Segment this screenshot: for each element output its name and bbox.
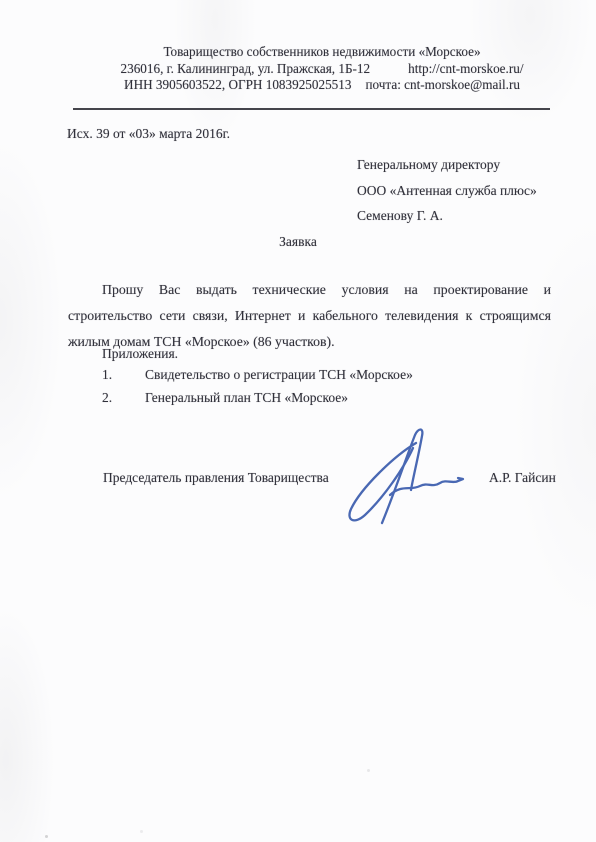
org-requisites-line: ИНН 3905603522, ОГРН 1083925025513почта:… bbox=[84, 77, 560, 94]
org-address-line: 236016, г. Калининград, ул. Пражская, 1Б… bbox=[84, 61, 560, 78]
recipient-company: ООО «Антенная служба плюс» bbox=[357, 178, 537, 204]
signature-stroke-loop bbox=[349, 443, 416, 520]
body-paragraph: Прошу Вас выдать технические условия на … bbox=[68, 277, 551, 355]
letterhead: Товарищество собственников недвижимости … bbox=[84, 44, 560, 94]
scan-speck bbox=[367, 769, 370, 772]
org-email: почта: cnt-morskoe@mail.ru bbox=[365, 77, 519, 92]
attachment-text: Генеральный план ТСН «Морское» bbox=[145, 390, 348, 405]
scan-speck bbox=[45, 835, 48, 838]
attachment-text: Свидетельство о регистрации ТСН «Морское… bbox=[145, 367, 413, 382]
letterhead-divider-line bbox=[73, 108, 550, 110]
scanned-letter-page: Товарищество собственников недвижимости … bbox=[0, 0, 596, 842]
attachment-number: 1. bbox=[102, 367, 145, 383]
attachment-item-1: 1.Свидетельство о регистрации ТСН «Морск… bbox=[102, 367, 413, 383]
document-title: Заявка bbox=[0, 234, 596, 250]
attachment-item-2: 2.Генеральный план ТСН «Морское» bbox=[102, 390, 348, 406]
scan-speck bbox=[140, 830, 143, 833]
org-inn-ogrn: ИНН 3905603522, ОГРН 1083925025513 bbox=[124, 77, 351, 92]
attachment-number: 2. bbox=[102, 390, 145, 406]
signer-name: А.Р. Гайсин bbox=[489, 470, 556, 486]
recipient-person: Семенову Г. А. bbox=[357, 203, 537, 229]
recipient-position: Генеральному директору bbox=[357, 152, 537, 178]
signer-position-title: Председатель правления Товарищества bbox=[103, 470, 329, 486]
org-address: 236016, г. Калининград, ул. Пражская, 1Б… bbox=[121, 61, 371, 76]
handwritten-signature bbox=[328, 422, 468, 528]
org-website: http://cnt-morskoe.ru/ bbox=[408, 61, 523, 76]
recipient-block: Генеральному директору ООО «Антенная слу… bbox=[357, 152, 537, 229]
signature-stroke-tail bbox=[390, 478, 463, 495]
attachments-label: Приложения. bbox=[102, 346, 178, 362]
outgoing-ref-line: Исх. 39 от «03» марта 2016г. bbox=[67, 126, 230, 142]
org-name: Товарищество собственников недвижимости … bbox=[84, 44, 560, 61]
